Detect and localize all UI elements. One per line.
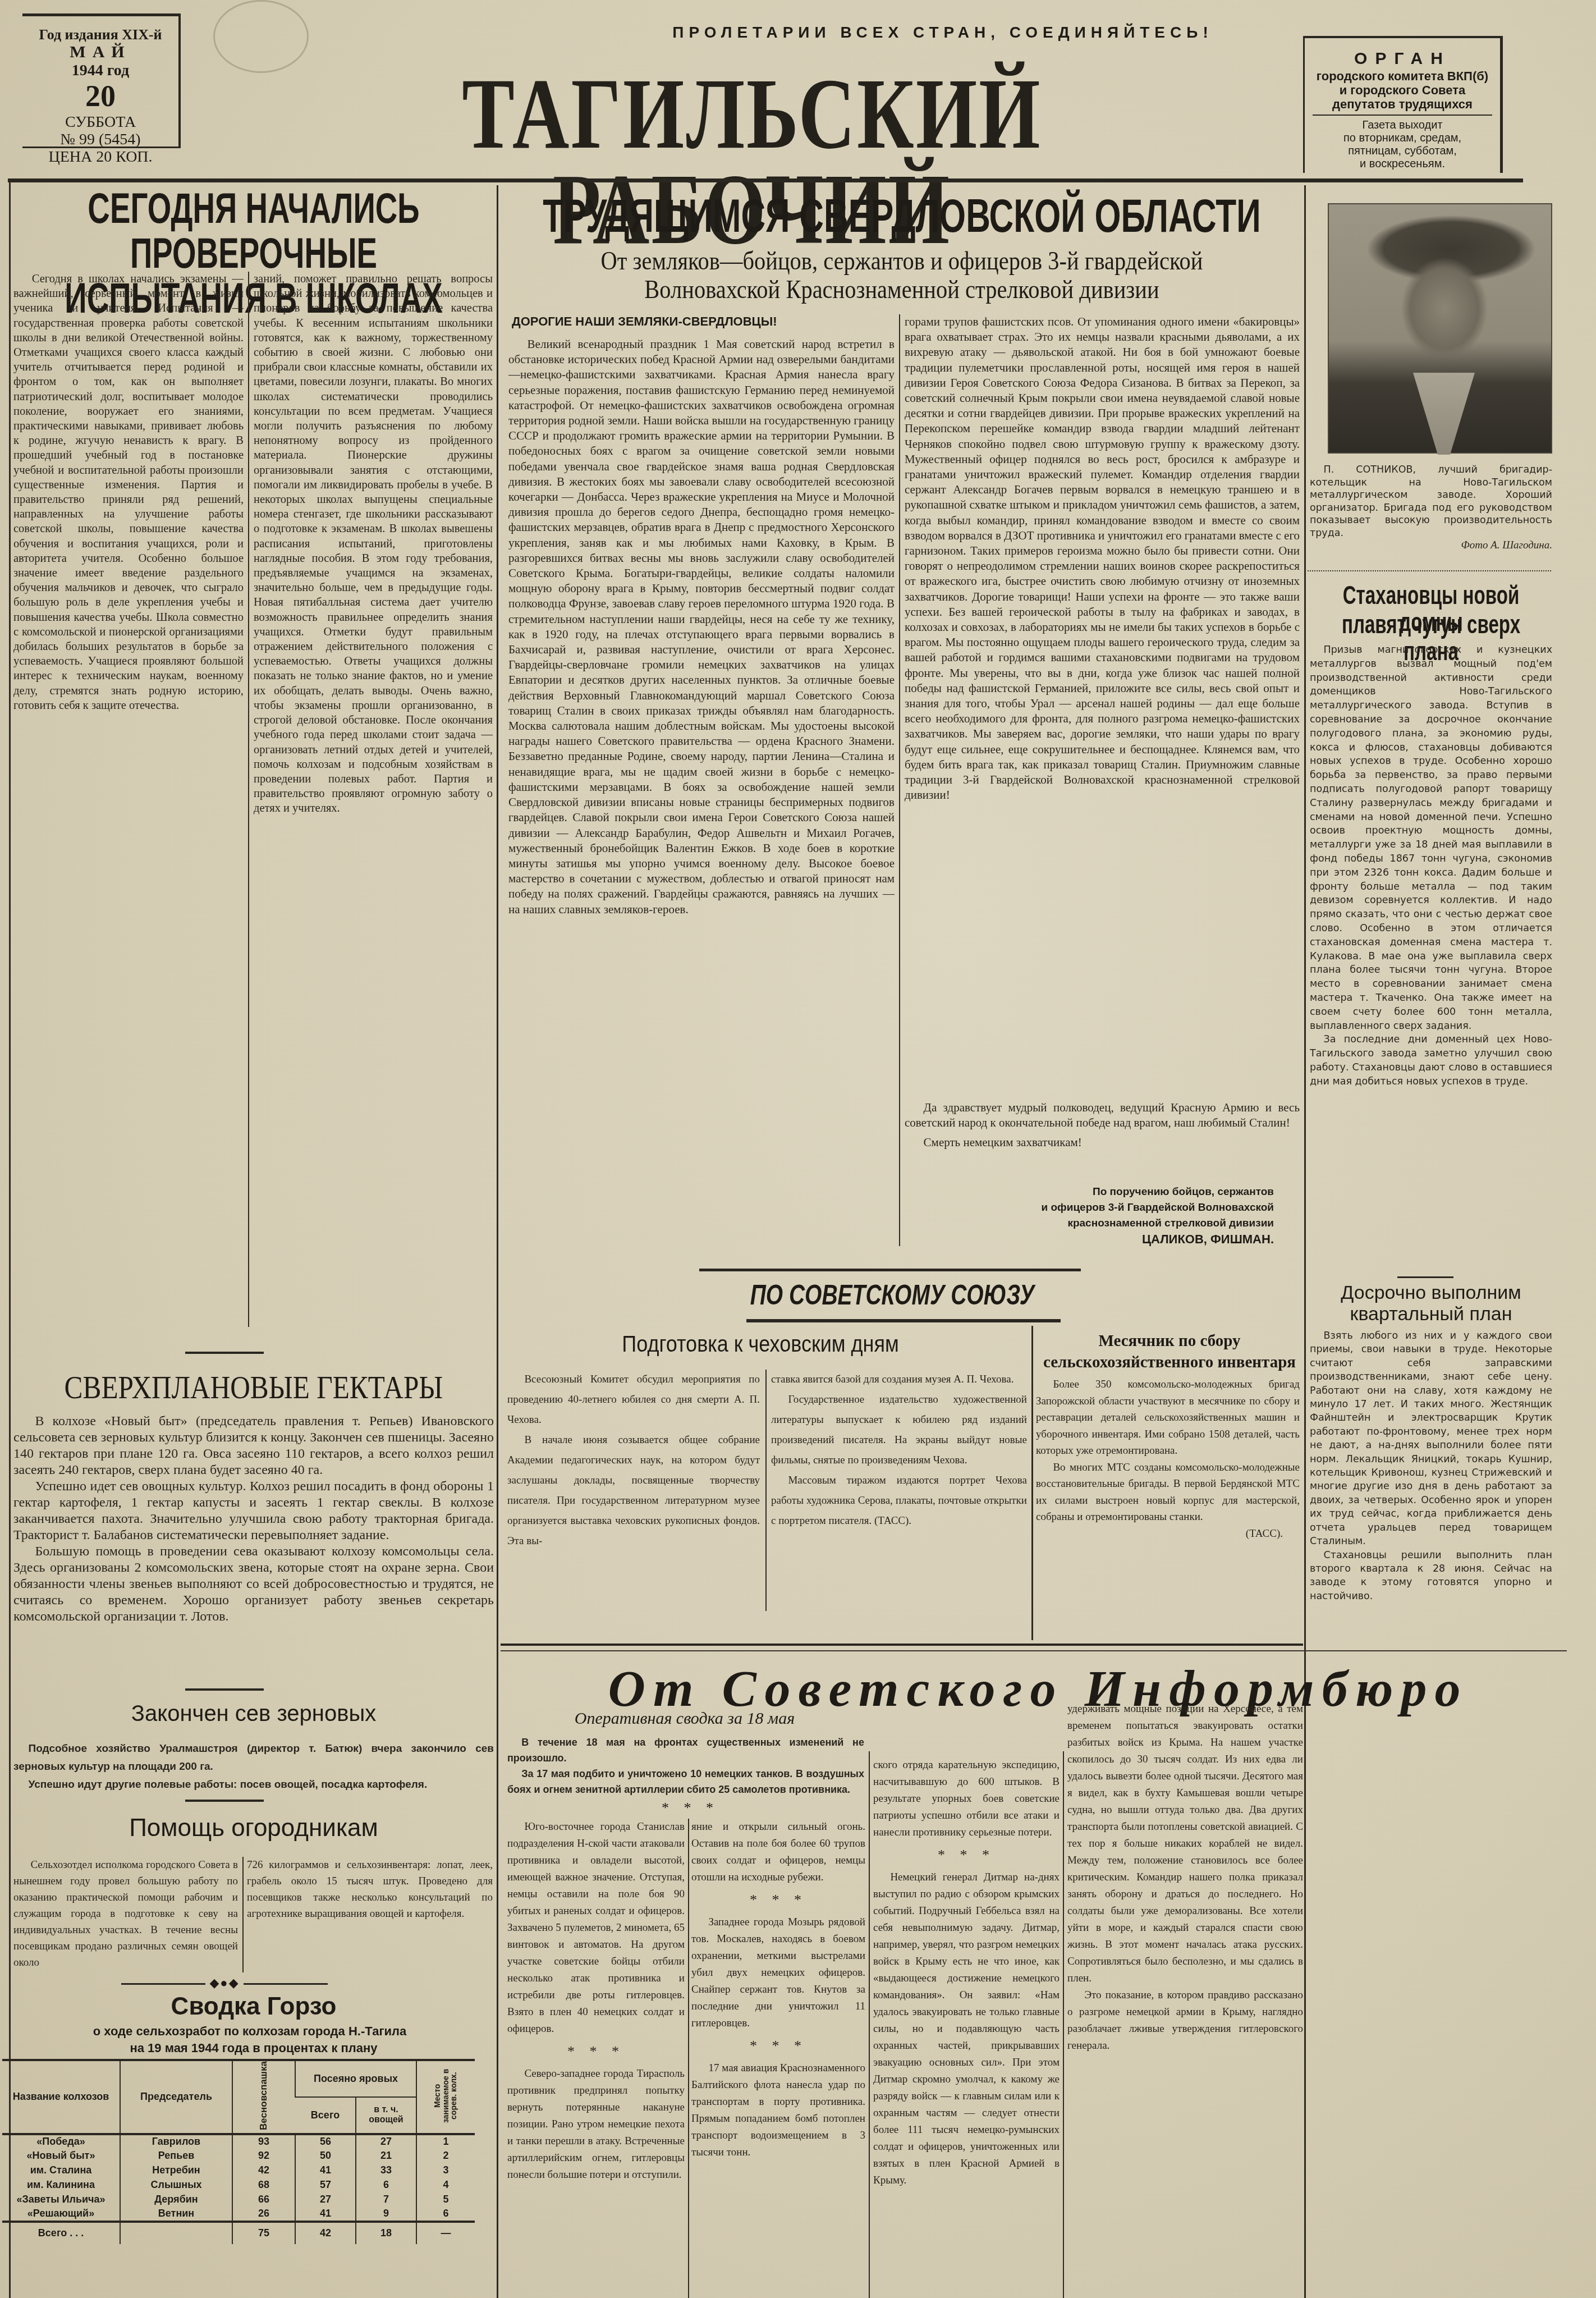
- sovinformburo-col-3: ского отряда карательную экспедицию, нас…: [873, 1757, 1060, 2298]
- column-rule: [1304, 185, 1306, 2298]
- cell-name: «Решающий»: [2, 2207, 120, 2222]
- cell-plowing: 66: [232, 2192, 295, 2207]
- cell-sown-total: 50: [295, 2149, 356, 2163]
- issue-price: ЦЕНА 20 КОП.: [22, 148, 178, 166]
- issue-year: 1944 год: [22, 62, 178, 79]
- chekhov-para: В начале июня созывается общее собрание …: [507, 1430, 760, 1551]
- stars-separator: * * *: [507, 2043, 685, 2060]
- cell-sown-veg: 33: [356, 2163, 416, 2178]
- column-rule: [869, 1751, 870, 2298]
- stars-separator: * * *: [617, 1800, 763, 1816]
- signature-names: ЦАЛИКОВ, ФИШМАН.: [954, 1232, 1274, 1247]
- issue-number: № 99 (5454): [22, 131, 178, 148]
- photo-credit: Фото А. Шагодина.: [1310, 539, 1552, 552]
- cell-chair: Гаврилов: [120, 2134, 232, 2149]
- column-rule: [248, 272, 249, 1327]
- col-header-sown-veg: в т. ч. овощей: [356, 2097, 416, 2134]
- quarterly-text: Взять любого из них и у каждого свои при…: [1310, 1329, 1552, 1627]
- cell-sown-total: 57: [295, 2178, 356, 2192]
- column-rule: [899, 314, 900, 1246]
- schedule-line: по вторникам, средам,: [1305, 132, 1500, 145]
- masthead-rule: [8, 178, 1523, 182]
- issue-month: МАЙ: [22, 43, 178, 62]
- exams-col-1: Сегодня в школах начались экзамены — важ…: [13, 272, 244, 1333]
- hectares-para: В колхозе «Новый быт» (председатель прав…: [13, 1413, 494, 1478]
- col-header-place: Место занимаемое в сорев. колх.: [416, 2060, 475, 2134]
- section-rule: [746, 1319, 1061, 1322]
- chekhov-headline: Подготовка к чеховским дням: [533, 1331, 988, 1357]
- address-signature: По поручению бойцов, сержантов и офицеро…: [954, 1184, 1274, 1247]
- address-col-1: Великий всенародный праздник 1 Мая совет…: [508, 337, 895, 1246]
- column-rule: [1063, 1751, 1064, 2298]
- cell-sown-total: 41: [295, 2207, 356, 2222]
- sib-para: удерживать мощные позиции на Херсонесе, …: [1067, 1701, 1303, 1987]
- sib-para: 17 мая авиация Краснознаменного Балтийск…: [691, 2060, 865, 2161]
- sib-para: Немецкий генерал Дитмар на-днях выступил…: [873, 1869, 1060, 2189]
- gorzo-table-wrap: Название колхозов Председатель Весновспа…: [2, 2059, 475, 2244]
- schedule-line: и воскресеньям.: [1305, 158, 1500, 171]
- library-stamp: [213, 0, 309, 73]
- cell-sown-total: 41: [295, 2163, 356, 2178]
- cell-name: им. Калинина: [2, 2178, 120, 2192]
- address-closing-2: Смерть немецким захватчикам!: [905, 1135, 1300, 1150]
- grain-para: Успешно идут другие полевые работы: посе…: [13, 1776, 494, 1794]
- photo-caption: П. СОТНИКОВ, лучший бригадир-котельщик н…: [1310, 464, 1552, 565]
- address-col-2: горами трупов фашистских псов. От упомин…: [905, 314, 1300, 1100]
- chekhov-para: Массовым тиражом издаются портрет Чехова…: [771, 1471, 1027, 1531]
- cell-sown-veg: 27: [356, 2134, 416, 2149]
- stars-separator: * * *: [873, 1847, 1060, 1864]
- cell-sown-veg: 9: [356, 2207, 416, 2222]
- chekhov-para: Государственное издательство художествен…: [771, 1390, 1027, 1471]
- cell-plowing: 68: [232, 2178, 295, 2192]
- issue-date-box: Год издания XIX-й МАЙ 1944 год 20 СУББОТ…: [22, 13, 181, 148]
- cell-chair: Слышных: [120, 2178, 232, 2192]
- exams-col-2: заний, поможет правильно решать вопросы …: [254, 272, 493, 1333]
- address-subheadline-2: Волновахской Краснознаменной стрелковой …: [549, 276, 1255, 304]
- cell-plowing: 93: [232, 2134, 295, 2149]
- cell-place: 3: [416, 2163, 475, 2178]
- inventory-para: Во многих МТС созданы комсомольско-молод…: [1036, 1459, 1300, 1526]
- sib-para: ского отряда карательную экспедицию, нас…: [873, 1757, 1060, 1841]
- exams-headline-1: СЕГОДНЯ НАЧАЛИСЬ ПРОВЕРОЧНЫЕ: [15, 186, 492, 276]
- edition-year: Год издания XIX-й: [22, 26, 178, 43]
- newspaper-page: Год издания XIX-й МАЙ 1944 год 20 СУББОТ…: [0, 0, 1596, 2298]
- chekhov-col-2: ставка явится базой для создания музея А…: [771, 1370, 1027, 1617]
- sovinformburo-lead: В течение 18 мая на фронтах существенных…: [507, 1734, 864, 1796]
- col-header-plowing: Весновспашка: [232, 2060, 295, 2134]
- cell-plowing: 26: [232, 2207, 295, 2222]
- photo-collar-shape: [1413, 373, 1475, 455]
- gardeners-headline: Помощь огородникам: [13, 1814, 494, 1843]
- column-rule: [765, 1370, 767, 1611]
- gardeners-col-1-text: Сельхозотдел исполкома городского Совета…: [13, 1857, 238, 1971]
- col-header-sown-total: Всего: [295, 2097, 356, 2134]
- col-header-place-label: Место занимаемое в сорев. колх.: [433, 2060, 458, 2132]
- section-divider: [185, 1352, 264, 1354]
- gardeners-col-2: 726 килограммов и сельхозинвентаря: лопа…: [247, 1857, 493, 1974]
- address-headline: ТРУДЯЩИМСЯ СВЕРДЛОВСКОЙ ОБЛАСТИ: [518, 191, 1286, 240]
- cell-place: —: [416, 2222, 475, 2244]
- issue-weekday: СУББОТА: [22, 113, 178, 131]
- quarterly-para: Стахановцы решили выполнить план второго…: [1310, 1549, 1552, 1604]
- cell-place: 2: [416, 2149, 475, 2163]
- address-col-2-text: горами трупов фашистских псов. От упомин…: [905, 314, 1300, 803]
- organ-line: и городского Совета: [1305, 83, 1500, 97]
- gorzo-subhead-1: о ходе сельхозработ по колхозам города Н…: [6, 2024, 494, 2038]
- table-row: «Решающий» Ветнин 26 41 9 6: [2, 2207, 475, 2222]
- article-address: ТРУДЯЩИМСЯ СВЕРДЛОВСКОЙ ОБЛАСТИ От земля…: [501, 191, 1303, 304]
- lead-para: За 17 мая подбито и уничтожено 10 немецк…: [507, 1766, 864, 1796]
- cell-name: им. Сталина: [2, 2163, 120, 2178]
- inventory-text: Более 350 комсомольско-молодежных бригад…: [1036, 1376, 1300, 1618]
- grain-headline: Закончен сев зерновых: [13, 1701, 494, 1727]
- section-divider: [185, 1688, 264, 1691]
- section-rule: [699, 1269, 1081, 1271]
- cell-place: 4: [416, 2178, 475, 2192]
- inventory-para: Более 350 комсомольско-молодежных бригад…: [1036, 1376, 1300, 1459]
- masthead-slogan: ПРОЛЕТАРИИ ВСЕХ СТРАН, СОЕДИНЯЙТЕСЬ!: [651, 24, 1235, 42]
- hectares-text: В колхозе «Новый быт» (председатель прав…: [13, 1413, 494, 1666]
- signature-line: и офицеров 3-й Гвардейской Волновахской: [954, 1200, 1274, 1216]
- quarterly-headline-1: Досрочно выполним: [1310, 1282, 1552, 1304]
- section-rule: [501, 1650, 1567, 1651]
- sovinformburo-col-1: Юго-восточнее города Станислав подраздел…: [507, 1819, 685, 2298]
- column-rule: [9, 180, 11, 2298]
- cell-chair: Ветнин: [120, 2207, 232, 2222]
- col-header-name: Название колхозов: [2, 2060, 120, 2134]
- schedule-line: Газета выходит: [1305, 119, 1500, 132]
- chekhov-para: Всесоюзный Комитет обсудил мероприятия п…: [507, 1370, 760, 1430]
- blast-furnace-text: Призыв магнитогорских и кузнецких металл…: [1310, 643, 1552, 1266]
- hectares-headline: СВЕРХПЛАНОВЫЕ ГЕКТАРЫ: [49, 1370, 458, 1406]
- ornament-divider: ◆●◆: [112, 1976, 337, 1990]
- chekhov-para: ставка явится базой для создания музея А…: [771, 1370, 1027, 1390]
- table-row: «Победа» Гаврилов 93 56 27 1: [2, 2134, 475, 2149]
- table-total-row: Всего . . . 75 42 18 —: [2, 2222, 475, 2244]
- gardeners-col-1: Сельхозотдел исполкома городского Совета…: [13, 1857, 238, 1974]
- cell-chair: Дерябин: [120, 2192, 232, 2207]
- sib-para: Это показание, в котором правдиво расска…: [1067, 1987, 1303, 2054]
- hectares-para: Успешно идет сев овощных культур. Колхоз…: [13, 1478, 494, 1544]
- sib-para: Северо-западнее города Тирасполь противн…: [507, 2066, 685, 2183]
- organ-line: депутатов трудящихся: [1305, 97, 1500, 111]
- table-row: «Новый быт» Репьев 92 50 21 2: [2, 2149, 475, 2163]
- address-subheadline-1: От земляков—бойцов, сержантов и офицеров…: [549, 247, 1255, 276]
- wavy-divider: [1308, 570, 1551, 571]
- section-soviet-union-title: ПО СОВЕТСКОМУ СОЮЗУ: [739, 1279, 1045, 1311]
- col-header-plowing-label: Весновспашка: [259, 2061, 269, 2130]
- table-row: «Заветы Ильича» Дерябин 66 27 7 5: [2, 2192, 475, 2207]
- schedule-line: пятницам, субботам,: [1305, 145, 1500, 158]
- cell-sown-total: 42: [295, 2222, 356, 2244]
- section-rule: [501, 1644, 1303, 1646]
- col-header-sown-group: Посеяно яровых: [295, 2060, 416, 2097]
- column-rule: [688, 1819, 689, 2298]
- gardeners-col-2-text: 726 килограммов и сельхозинвентаря: лопа…: [247, 1857, 493, 1922]
- grain-text: Подсобное хозяйство Уралмашстроя (директ…: [13, 1740, 494, 1802]
- blast-furnace-para: За последние дни доменный цех Ново-Тагил…: [1310, 1033, 1552, 1088]
- chekhov-col-1: Всесоюзный Комитет обсудил мероприятия п…: [507, 1370, 760, 1617]
- sib-para: Юго-восточнее города Станислав подраздел…: [507, 1819, 685, 2038]
- photo-caption-text: П. СОТНИКОВ, лучший бригадир-котельщик н…: [1310, 464, 1552, 539]
- cell-sown-veg: 7: [356, 2192, 416, 2207]
- section-divider: [1397, 1276, 1453, 1278]
- table-row: им. Сталина Нетребин 42 41 33 3: [2, 2163, 475, 2178]
- stars-separator: * * *: [691, 2038, 865, 2054]
- signature-line: краснознаменной стрелковой дивизии: [954, 1216, 1274, 1232]
- cell-place: 6: [416, 2207, 475, 2222]
- sovinformburo-subhead: Оперативная сводка за 18 мая: [505, 1709, 864, 1728]
- cell-sown-veg: 6: [356, 2178, 416, 2192]
- divider: [1313, 115, 1492, 116]
- signature-line: По поручению бойцов, сержантов: [954, 1184, 1274, 1200]
- address-col-1-text: Великий всенародный праздник 1 Мая совет…: [508, 337, 895, 917]
- issue-day: 20: [22, 79, 178, 113]
- cell-chair: [120, 2222, 232, 2244]
- cell-place: 5: [416, 2192, 475, 2207]
- hectares-para: Большую помощь в проведении сева оказыва…: [13, 1544, 494, 1625]
- column-rule: [497, 185, 498, 2298]
- address-salutation: ДОРОГИЕ НАШИ ЗЕМЛЯКИ-СВЕРДЛОВЦЫ!: [512, 314, 871, 329]
- cell-name: «Заветы Ильича»: [2, 2192, 120, 2207]
- cell-sown-total: 27: [295, 2192, 356, 2207]
- cell-plowing: 75: [232, 2222, 295, 2244]
- cell-name: Всего . . .: [2, 2222, 120, 2244]
- quarterly-para: Взять любого из них и у каждого свои при…: [1310, 1329, 1552, 1549]
- cell-place: 1: [416, 2134, 475, 2149]
- sib-para: яние и открыли сильный огонь. Оставив на…: [691, 1819, 865, 1886]
- blast-furnace-para: Призыв магнитогорских и кузнецких металл…: [1310, 643, 1552, 1033]
- quarterly-headline-2: квартальный план: [1310, 1303, 1552, 1325]
- table-row: им. Калинина Слышных 68 57 6 4: [2, 2178, 475, 2192]
- cell-name: «Новый быт»: [2, 2149, 120, 2163]
- stars-separator: * * *: [691, 1892, 865, 1908]
- cell-sown-veg: 18: [356, 2222, 416, 2244]
- cell-chair: Репьев: [120, 2149, 232, 2163]
- exams-col-2-text: заний, поможет правильно решать вопросы …: [254, 272, 493, 816]
- gorzo-subhead-2: на 19 мая 1944 года в процентах к плану: [13, 2041, 494, 2055]
- cell-sown-veg: 21: [356, 2149, 416, 2163]
- exams-col-1-text: Сегодня в школах начались экзамены — важ…: [13, 272, 244, 713]
- cell-plowing: 92: [232, 2149, 295, 2163]
- grain-para: Подсобное хозяйство Уралмашстроя (директ…: [13, 1740, 494, 1776]
- cell-chair: Нетребин: [120, 2163, 232, 2178]
- organ-line: городского комитета ВКП(б): [1305, 69, 1500, 83]
- cell-name: «Победа»: [2, 2134, 120, 2149]
- address-closing: Да здравствует мудрый полководец, ведущи…: [905, 1100, 1300, 1173]
- section-divider: [185, 1800, 264, 1802]
- publisher-organ-box: ОРГАН городского комитета ВКП(б) и город…: [1303, 36, 1503, 173]
- sib-para: Западнее города Мозырь рядовой тов. Моск…: [691, 1914, 865, 2032]
- cell-plowing: 42: [232, 2163, 295, 2178]
- address-closing-1: Да здравствует мудрый полководец, ведущи…: [905, 1100, 1300, 1130]
- sovinformburo-col-4: удерживать мощные позиции на Херсонесе, …: [1067, 1701, 1303, 2298]
- gorzo-table: Название колхозов Председатель Весновспа…: [2, 2059, 475, 2244]
- column-rule: [1031, 1326, 1033, 1640]
- portrait-photo: [1328, 203, 1552, 454]
- col-header-chair: Председатель: [120, 2060, 232, 2134]
- cell-sown-total: 56: [295, 2134, 356, 2149]
- inventory-source: (ТАСС).: [1036, 1526, 1300, 1542]
- lead-para: В течение 18 мая на фронтах существенных…: [507, 1734, 864, 1766]
- organ-heading: ОРГАН: [1305, 49, 1500, 69]
- gorzo-headline: Сводка Горзо: [13, 1993, 494, 2021]
- column-rule: [242, 1857, 244, 1972]
- inventory-headline: Месячник по сбору сельскохозяйственного …: [1036, 1330, 1303, 1373]
- sovinformburo-col-2: яние и открыли сильный огонь. Оставив на…: [691, 1819, 865, 2298]
